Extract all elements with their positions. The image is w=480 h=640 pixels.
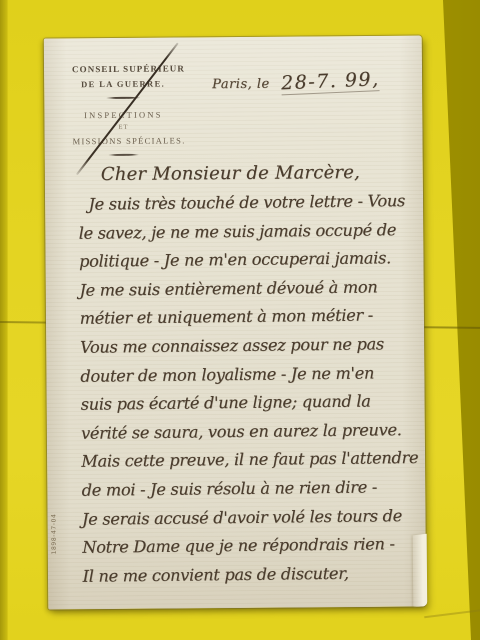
handwritten-line: Il ne me convient pas de discuter, xyxy=(83,563,419,595)
handwritten-line: métier et uniquement à mon métier - xyxy=(80,305,416,337)
dateline-date: 28-7. 99, xyxy=(280,68,379,95)
dateline: Paris, le 28-7. 99, xyxy=(212,70,379,94)
letterhead: CONSEIL SUPÉRIEUR DE LA GUERRE. INSPECTI… xyxy=(72,63,175,156)
handwritten-line: de moi - Je suis résolu à ne rien dire - xyxy=(82,477,418,509)
salutation: Cher Monsieur de Marcère, xyxy=(101,162,360,185)
handwritten-line: Je serais accusé d'avoir volé les tours … xyxy=(82,506,418,538)
letter-paper: CONSEIL SUPÉRIEUR DE LA GUERRE. INSPECTI… xyxy=(44,36,426,610)
handwritten-line: le savez, je ne me suis jamais occupé de xyxy=(79,220,415,252)
handwritten-line: Je me suis entièrement dévoué à mon xyxy=(79,277,415,309)
letterhead-line2: DE LA GUERRE. xyxy=(72,78,174,89)
handwritten-line: Mais cette preuve, il ne faut pas l'atte… xyxy=(81,448,417,480)
letterhead-divider xyxy=(109,154,139,156)
paper-corner-curl xyxy=(413,534,428,608)
handwritten-line: Notre Dame que je ne répondrais rien - xyxy=(82,534,418,566)
handwritten-line: Je suis très touché de votre lettre - Vo… xyxy=(78,191,414,223)
printers-form-number: 1898-47-04 xyxy=(50,492,57,554)
handwritten-line: Vous me connaissez assez pour ne pas xyxy=(80,334,416,366)
dateline-place: Paris, le xyxy=(212,77,270,92)
handwritten-line: politique - Je ne m'en occuperai jamais. xyxy=(79,248,415,280)
photo-background: CONSEIL SUPÉRIEUR DE LA GUERRE. INSPECTI… xyxy=(0,0,480,640)
handwritten-line: suis pas écarté d'une ligne; quand la xyxy=(81,391,417,423)
board-left-edge xyxy=(0,0,8,640)
letter-body: Je suis très touché de votre lettre - Vo… xyxy=(78,191,419,595)
letterhead-line4: ET xyxy=(72,124,174,132)
handwritten-line: vérité se saura, vous en aurez la preuve… xyxy=(81,420,417,452)
handwritten-line: douter de mon loyalisme - Je ne m'en xyxy=(80,363,416,395)
letterhead-line5: MISSIONS SPÉCIALES. xyxy=(73,136,175,147)
